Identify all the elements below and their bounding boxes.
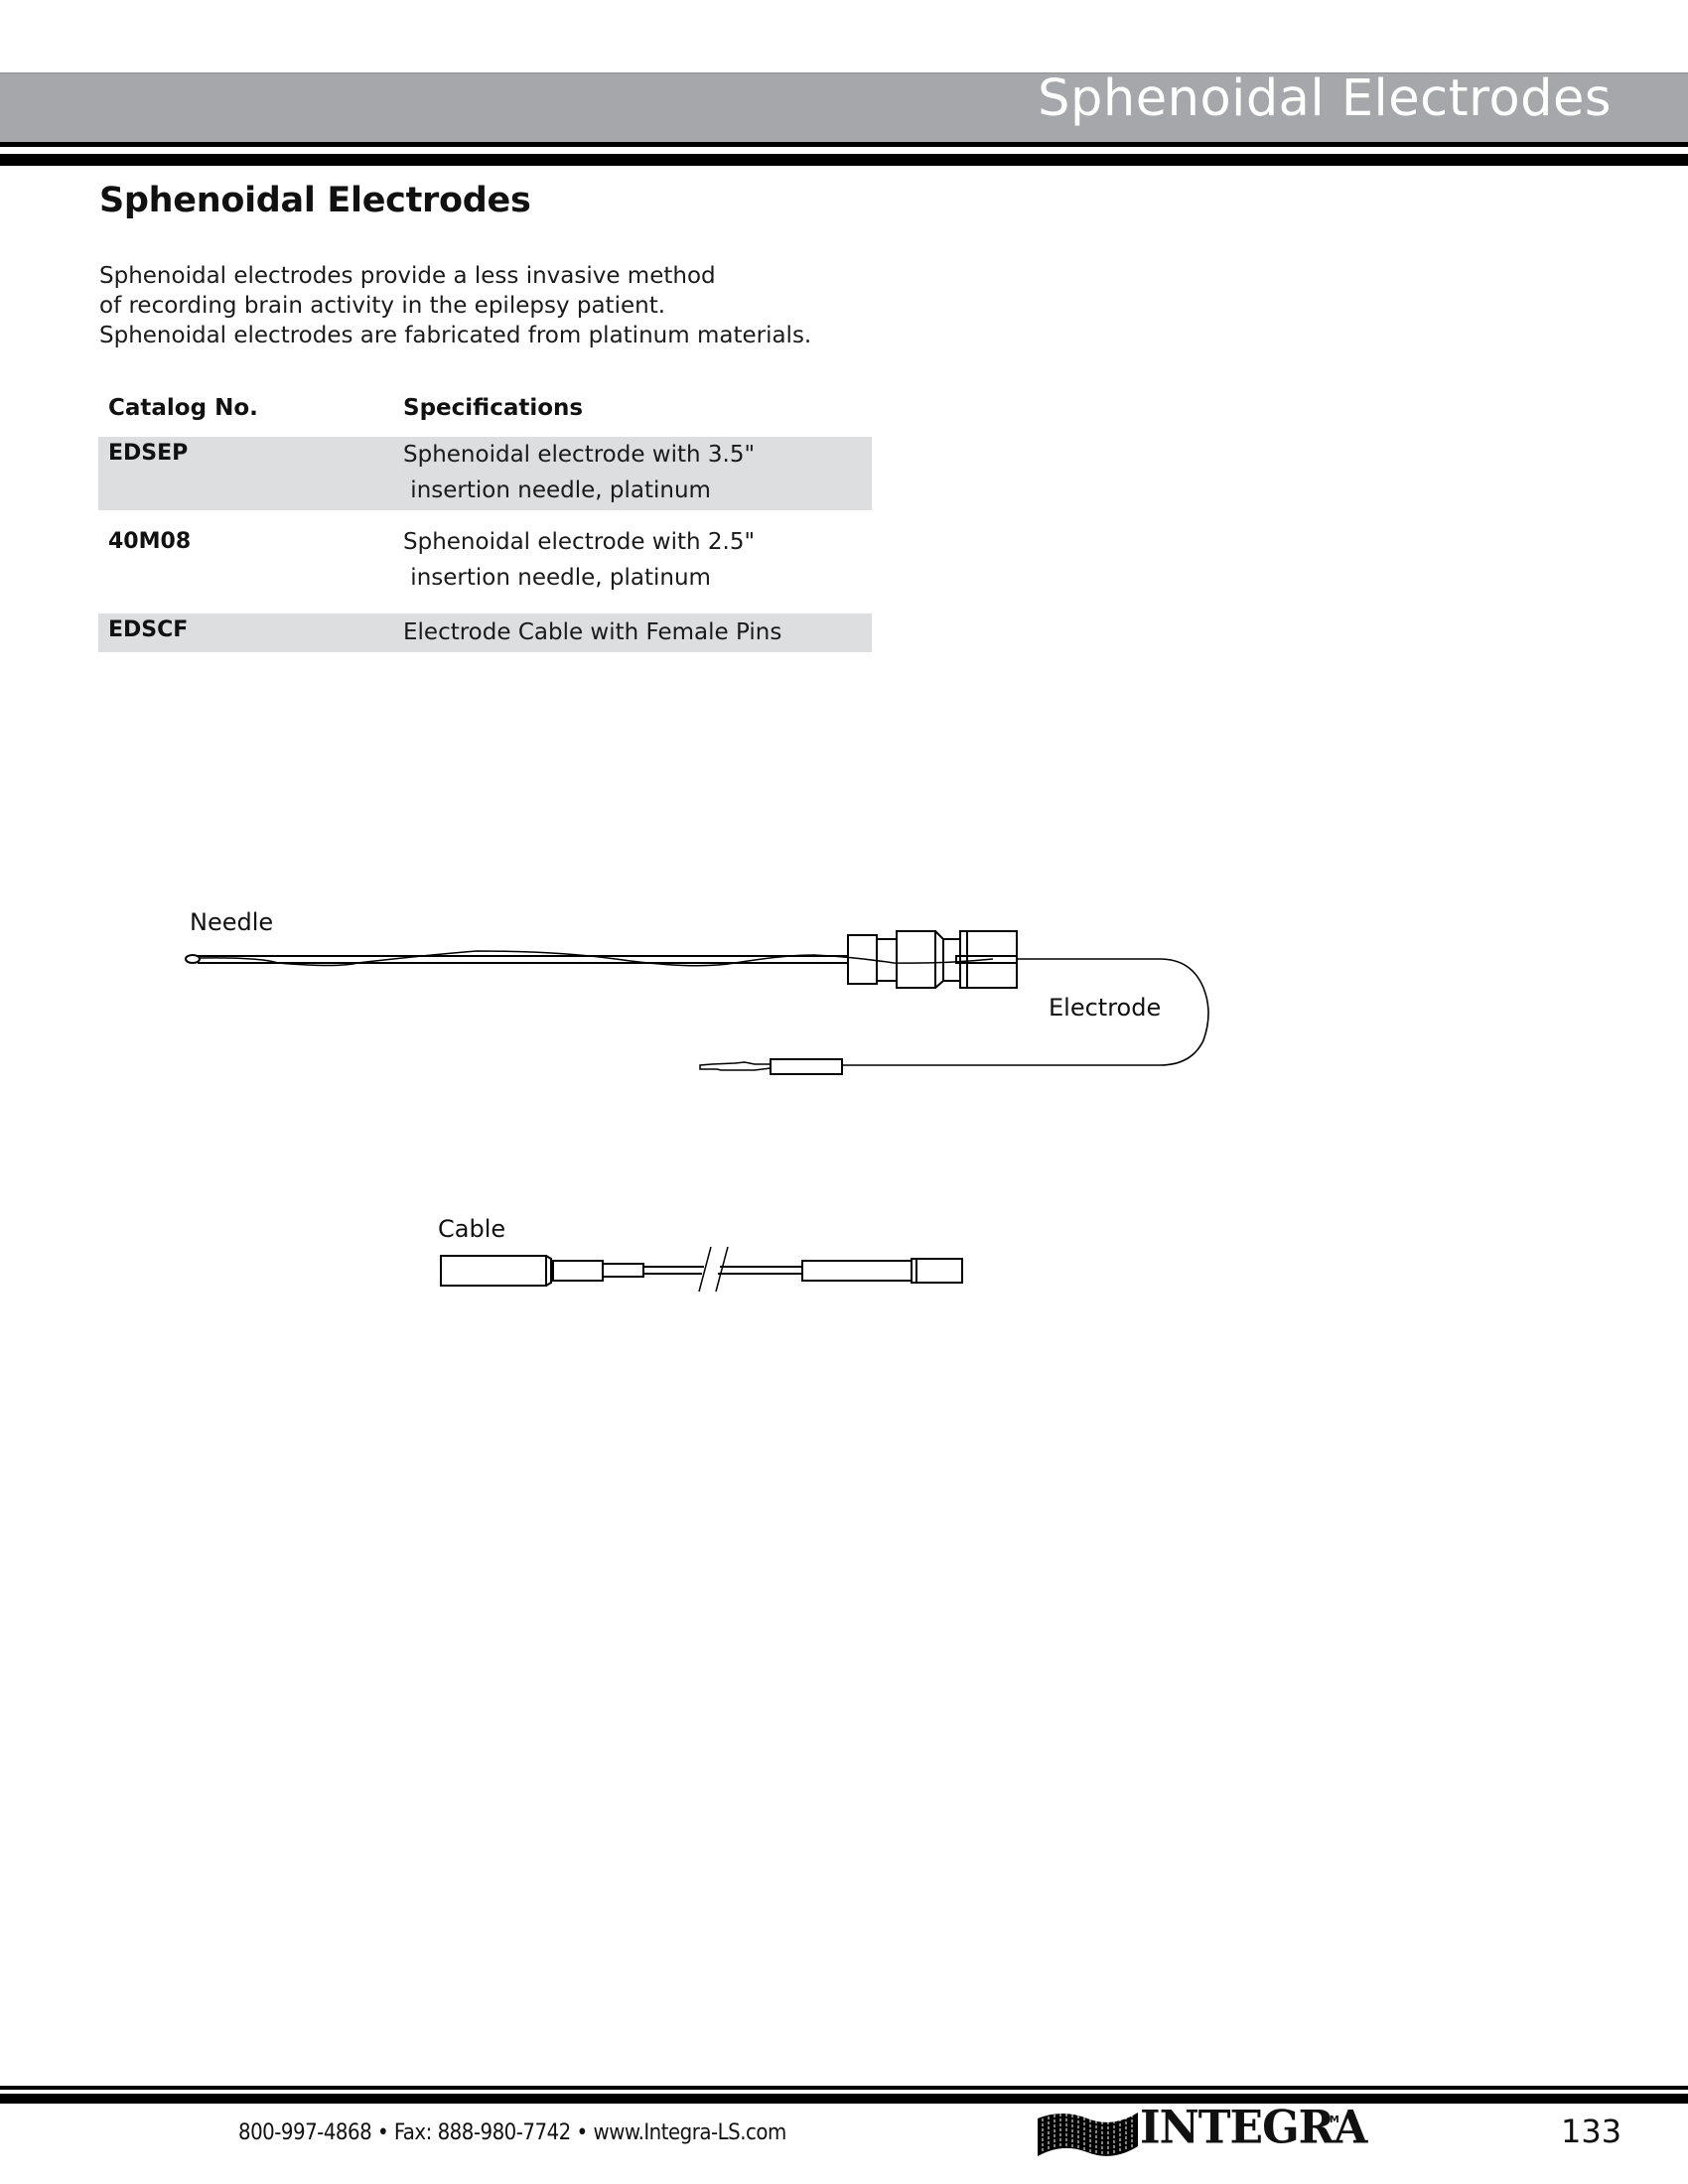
integra-logo-flag-icon bbox=[1038, 2113, 1138, 2156]
footer-rule-thick bbox=[0, 2094, 1688, 2104]
footer-rule-thin bbox=[0, 2086, 1688, 2090]
needle-tip bbox=[186, 955, 200, 963]
trademark-mark: TM bbox=[1323, 2115, 1339, 2125]
needle-label: Needle bbox=[190, 908, 273, 936]
cable-label: Cable bbox=[438, 1215, 505, 1243]
cable-diagram bbox=[441, 1247, 962, 1292]
electrode-label: Electrode bbox=[1049, 994, 1161, 1022]
product-diagrams bbox=[0, 0, 1688, 2184]
footer-contact-info: 800-997-4868 • Fax: 888-980-7742 • www.I… bbox=[238, 2120, 786, 2145]
page-number: 133 bbox=[1561, 2113, 1621, 2150]
integra-logo-text: INTEGRA bbox=[1140, 2102, 1366, 2155]
